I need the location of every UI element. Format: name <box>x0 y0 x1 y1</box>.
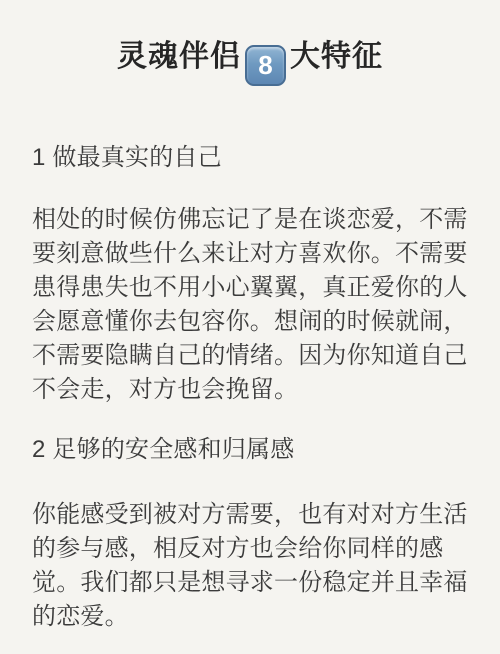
keycap-8-emoji: 8 <box>245 45 286 86</box>
section-1-body: 相处的时候仿佛忘记了是在谈恋爱，不需要刻意做些什么来让对方喜欢你。不需要患得患失… <box>32 203 468 407</box>
title-suffix: 大特征 <box>290 40 383 73</box>
section-1-heading: 1 做最真实的自己 <box>32 141 468 175</box>
section-1: 1 做最真实的自己 相处的时候仿佛忘记了是在谈恋爱，不需要刻意做些什么来让对方喜… <box>32 141 468 407</box>
text-card-page: 灵魂伴侣8大特征 1 做最真实的自己 相处的时候仿佛忘记了是在谈恋爱，不需要刻意… <box>0 0 500 654</box>
section-2-heading: 2 足够的安全感和归属感 <box>32 433 468 467</box>
page-title: 灵魂伴侣8大特征 <box>32 34 468 80</box>
keycap-digit: 8 <box>258 50 272 80</box>
section-2: 2 足够的安全感和归属感 你能感受到被对方需要，也有对对方生活的参与感，相反对方… <box>32 433 468 634</box>
title-prefix: 灵魂伴侣 <box>117 40 241 73</box>
section-2-body: 你能感受到被对方需要，也有对对方生活的参与感，相反对方也会给你同样的感觉。我们都… <box>32 498 468 634</box>
